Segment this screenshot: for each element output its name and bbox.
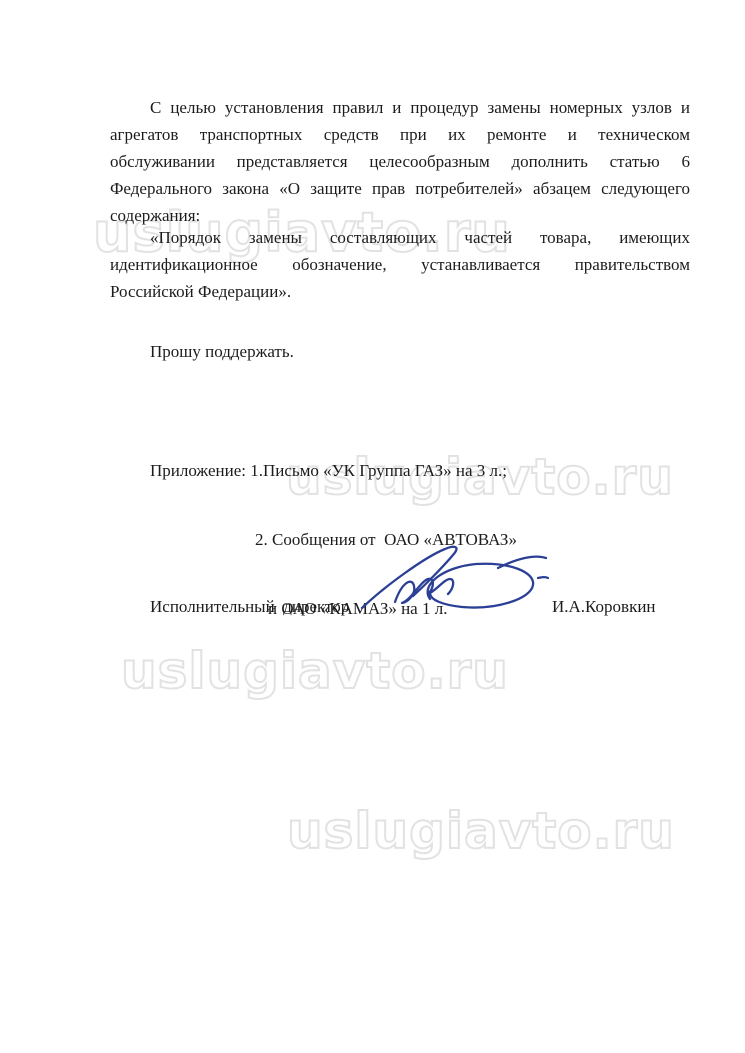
attachment-line: Приложение: 1.Письмо «УК Группа ГАЗ» на … — [150, 459, 517, 482]
paragraph-proposal: С целью установления правил и процедур з… — [110, 94, 690, 229]
text-line: С целью установления правил и процедур з… — [110, 94, 690, 121]
text-line: Федерального закона «О защите прав потре… — [110, 175, 690, 202]
text-line: агрегатов транспортных средств при их ре… — [110, 121, 690, 148]
signature-title: Исполнительный директор — [150, 597, 349, 617]
request-line: Прошу поддержать. — [150, 341, 294, 363]
signature-ink — [350, 541, 550, 613]
signature-stroke — [538, 577, 548, 578]
letter-page: uslugiavto.ru uslugiavto.ru uslugiavto.r… — [0, 0, 745, 1053]
signature-stroke — [428, 564, 533, 608]
watermark-text: uslugiavto.ru — [287, 806, 675, 856]
signature-name: И.А.Коровкин — [552, 597, 656, 617]
attachment-block: Приложение: 1.Письмо «УК Группа ГАЗ» на … — [150, 413, 517, 666]
text-line: обслуживании представляется целесообразн… — [110, 148, 690, 175]
paragraph-quote: «Порядок замены составляющих частей това… — [110, 224, 690, 305]
text-line: Российской Федерации». — [110, 278, 690, 305]
text-line: идентификационное обозначение, устанавли… — [110, 251, 690, 278]
text-line: «Порядок замены составляющих частей това… — [110, 224, 690, 251]
signature-stroke — [395, 579, 453, 603]
